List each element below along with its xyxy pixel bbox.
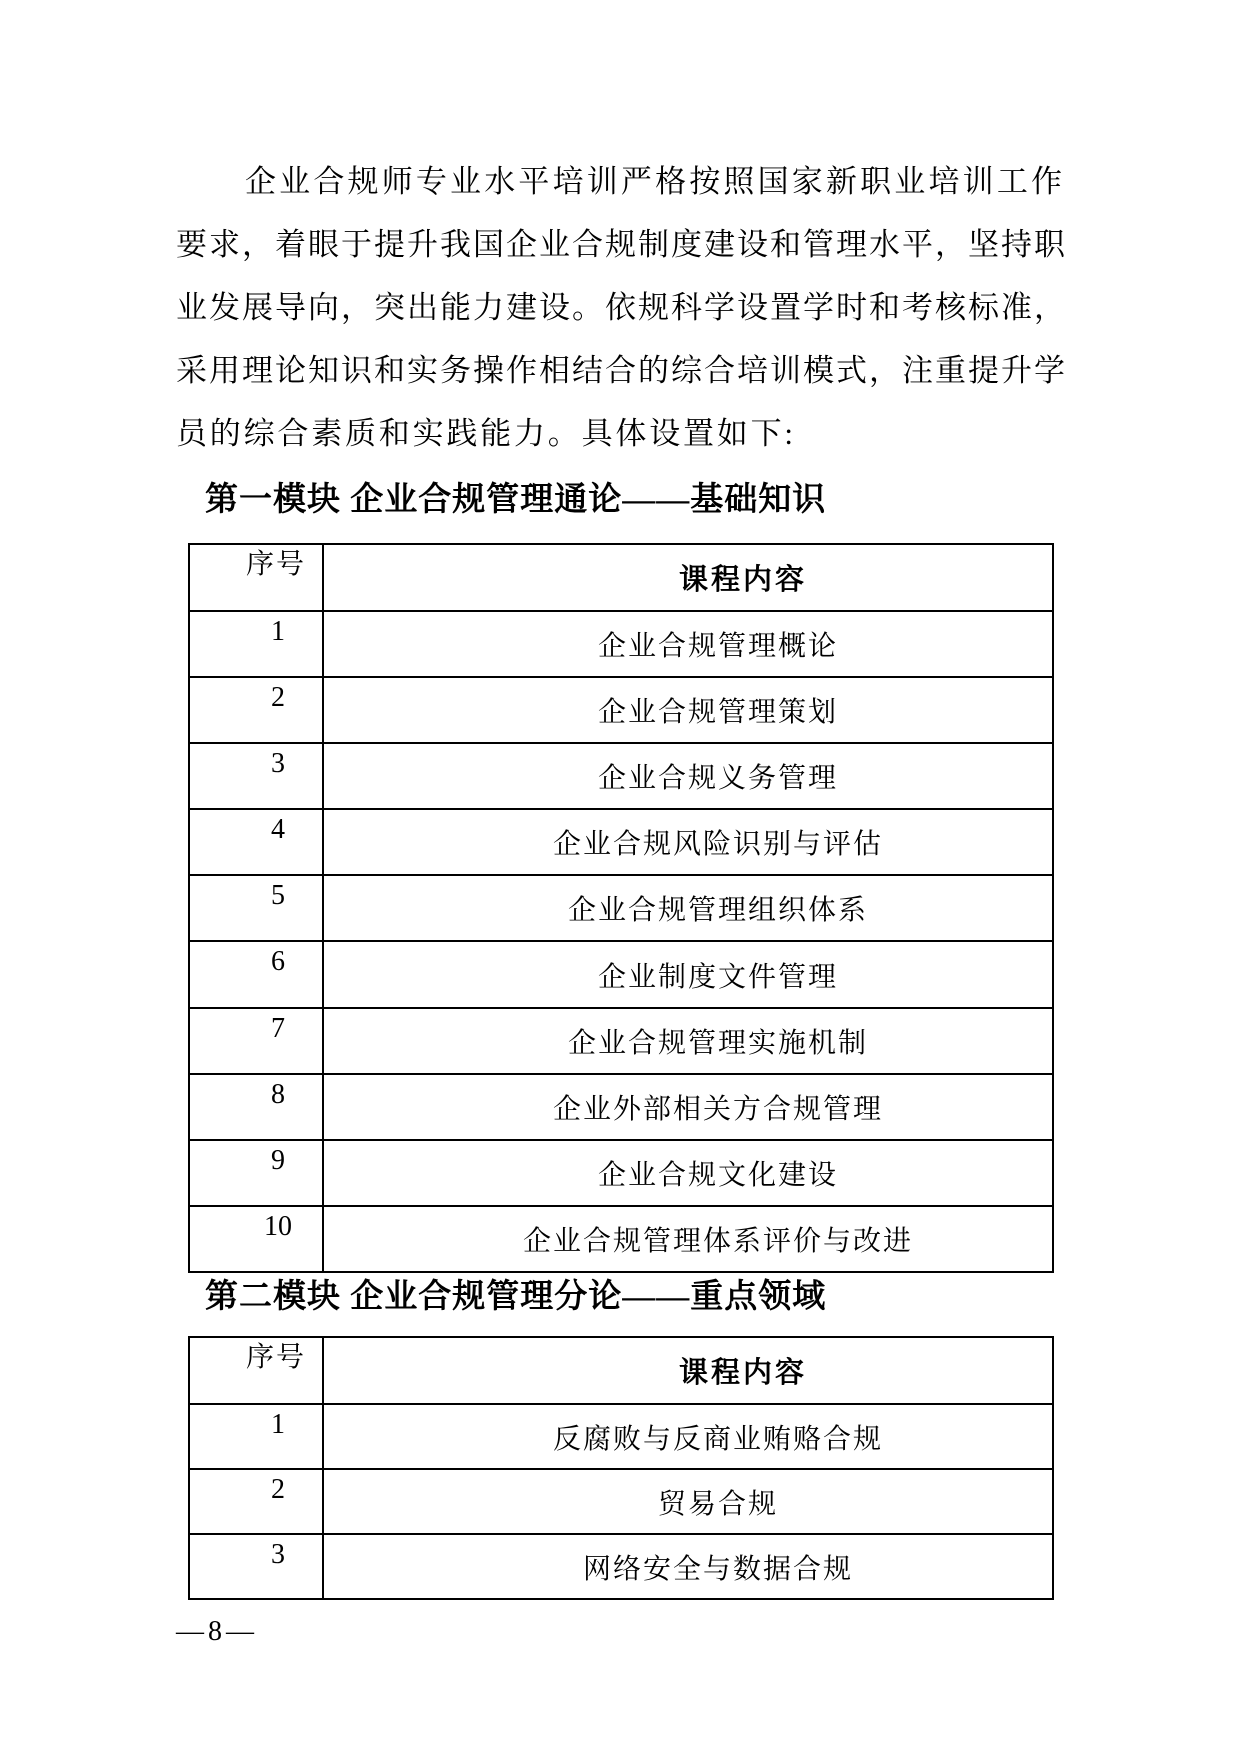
table-row: 7 企业合规管理实施机制 xyxy=(189,1008,1053,1074)
row-number: 1 xyxy=(189,1404,323,1469)
column-header-content: 课程内容 xyxy=(323,1337,1053,1404)
row-number: 9 xyxy=(189,1140,323,1206)
table-row: 3 企业合规义务管理 xyxy=(189,743,1053,809)
course-content: 网络安全与数据合规 xyxy=(323,1534,1053,1599)
course-content: 企业合规文化建设 xyxy=(323,1140,1053,1206)
course-content: 企业合规风险识别与评估 xyxy=(323,809,1053,875)
intro-line: 要求，着眼于提升我国企业合规制度建设和管理水平，坚持职 xyxy=(176,213,1064,276)
module2-course-table: 序号 课程内容 1 反腐败与反商业贿赂合规 2 贸易合规 3 网络安全与数据合规 xyxy=(188,1336,1054,1600)
course-content: 企业合规管理策划 xyxy=(323,677,1053,743)
row-number: 7 xyxy=(189,1008,323,1074)
module2-heading: 第二模块 企业合规管理分论——重点领域 xyxy=(205,1275,826,1320)
intro-line: 业发展导向，突出能力建设。依规科学设置学时和考核标准， xyxy=(176,276,1064,339)
row-number: 5 xyxy=(189,875,323,941)
course-content: 企业合规管理概论 xyxy=(323,611,1053,677)
course-content: 企业制度文件管理 xyxy=(323,941,1053,1007)
intro-line: 员的综合素质和实践能力。具体设置如下: xyxy=(176,402,1064,465)
table-header-row: 序号 课程内容 xyxy=(189,544,1053,611)
module1-course-table: 序号 课程内容 1 企业合规管理概论 2 企业合规管理策划 3 企业合规义务管理… xyxy=(188,543,1054,1273)
course-content: 贸易合规 xyxy=(323,1469,1053,1534)
row-number: 8 xyxy=(189,1074,323,1140)
table-row: 1 反腐败与反商业贿赂合规 xyxy=(189,1404,1053,1469)
course-content: 企业合规义务管理 xyxy=(323,743,1053,809)
course-content: 企业合规管理实施机制 xyxy=(323,1008,1053,1074)
row-number: 1 xyxy=(189,611,323,677)
course-content: 企业合规管理组织体系 xyxy=(323,875,1053,941)
table-row: 9 企业合规文化建设 xyxy=(189,1140,1053,1206)
row-number: 3 xyxy=(189,743,323,809)
column-header-no: 序号 xyxy=(189,544,323,611)
table-row: 2 贸易合规 xyxy=(189,1469,1053,1534)
row-number: 2 xyxy=(189,1469,323,1534)
table-row: 5 企业合规管理组织体系 xyxy=(189,875,1053,941)
document-page: 企业合规师专业水平培训严格按照国家新职业培训工作 要求，着眼于提升我国企业合规制… xyxy=(0,0,1241,1754)
table-row: 1 企业合规管理概论 xyxy=(189,611,1053,677)
row-number: 2 xyxy=(189,677,323,743)
table-row: 6 企业制度文件管理 xyxy=(189,941,1053,1007)
table-row: 3 网络安全与数据合规 xyxy=(189,1534,1053,1599)
intro-paragraph: 企业合规师专业水平培训严格按照国家新职业培训工作 要求，着眼于提升我国企业合规制… xyxy=(176,150,1064,465)
table-row: 4 企业合规风险识别与评估 xyxy=(189,809,1053,875)
table-row: 2 企业合规管理策划 xyxy=(189,677,1053,743)
table-row: 10 企业合规管理体系评价与改进 xyxy=(189,1206,1053,1272)
row-number: 6 xyxy=(189,941,323,1007)
table-row: 8 企业外部相关方合规管理 xyxy=(189,1074,1053,1140)
row-number: 10 xyxy=(189,1206,323,1272)
course-content: 反腐败与反商业贿赂合规 xyxy=(323,1404,1053,1469)
page-number: —8— xyxy=(176,1616,258,1648)
course-content: 企业外部相关方合规管理 xyxy=(323,1074,1053,1140)
column-header-content: 课程内容 xyxy=(323,544,1053,611)
column-header-no: 序号 xyxy=(189,1337,323,1404)
table-header-row: 序号 课程内容 xyxy=(189,1337,1053,1404)
row-number: 4 xyxy=(189,809,323,875)
course-content: 企业合规管理体系评价与改进 xyxy=(323,1206,1053,1272)
row-number: 3 xyxy=(189,1534,323,1599)
intro-line: 采用理论知识和实务操作相结合的综合培训模式，注重提升学 xyxy=(176,339,1064,402)
module1-heading: 第一模块 企业合规管理通论——基础知识 xyxy=(205,478,826,523)
intro-line: 企业合规师专业水平培训严格按照国家新职业培训工作 xyxy=(176,150,1064,213)
